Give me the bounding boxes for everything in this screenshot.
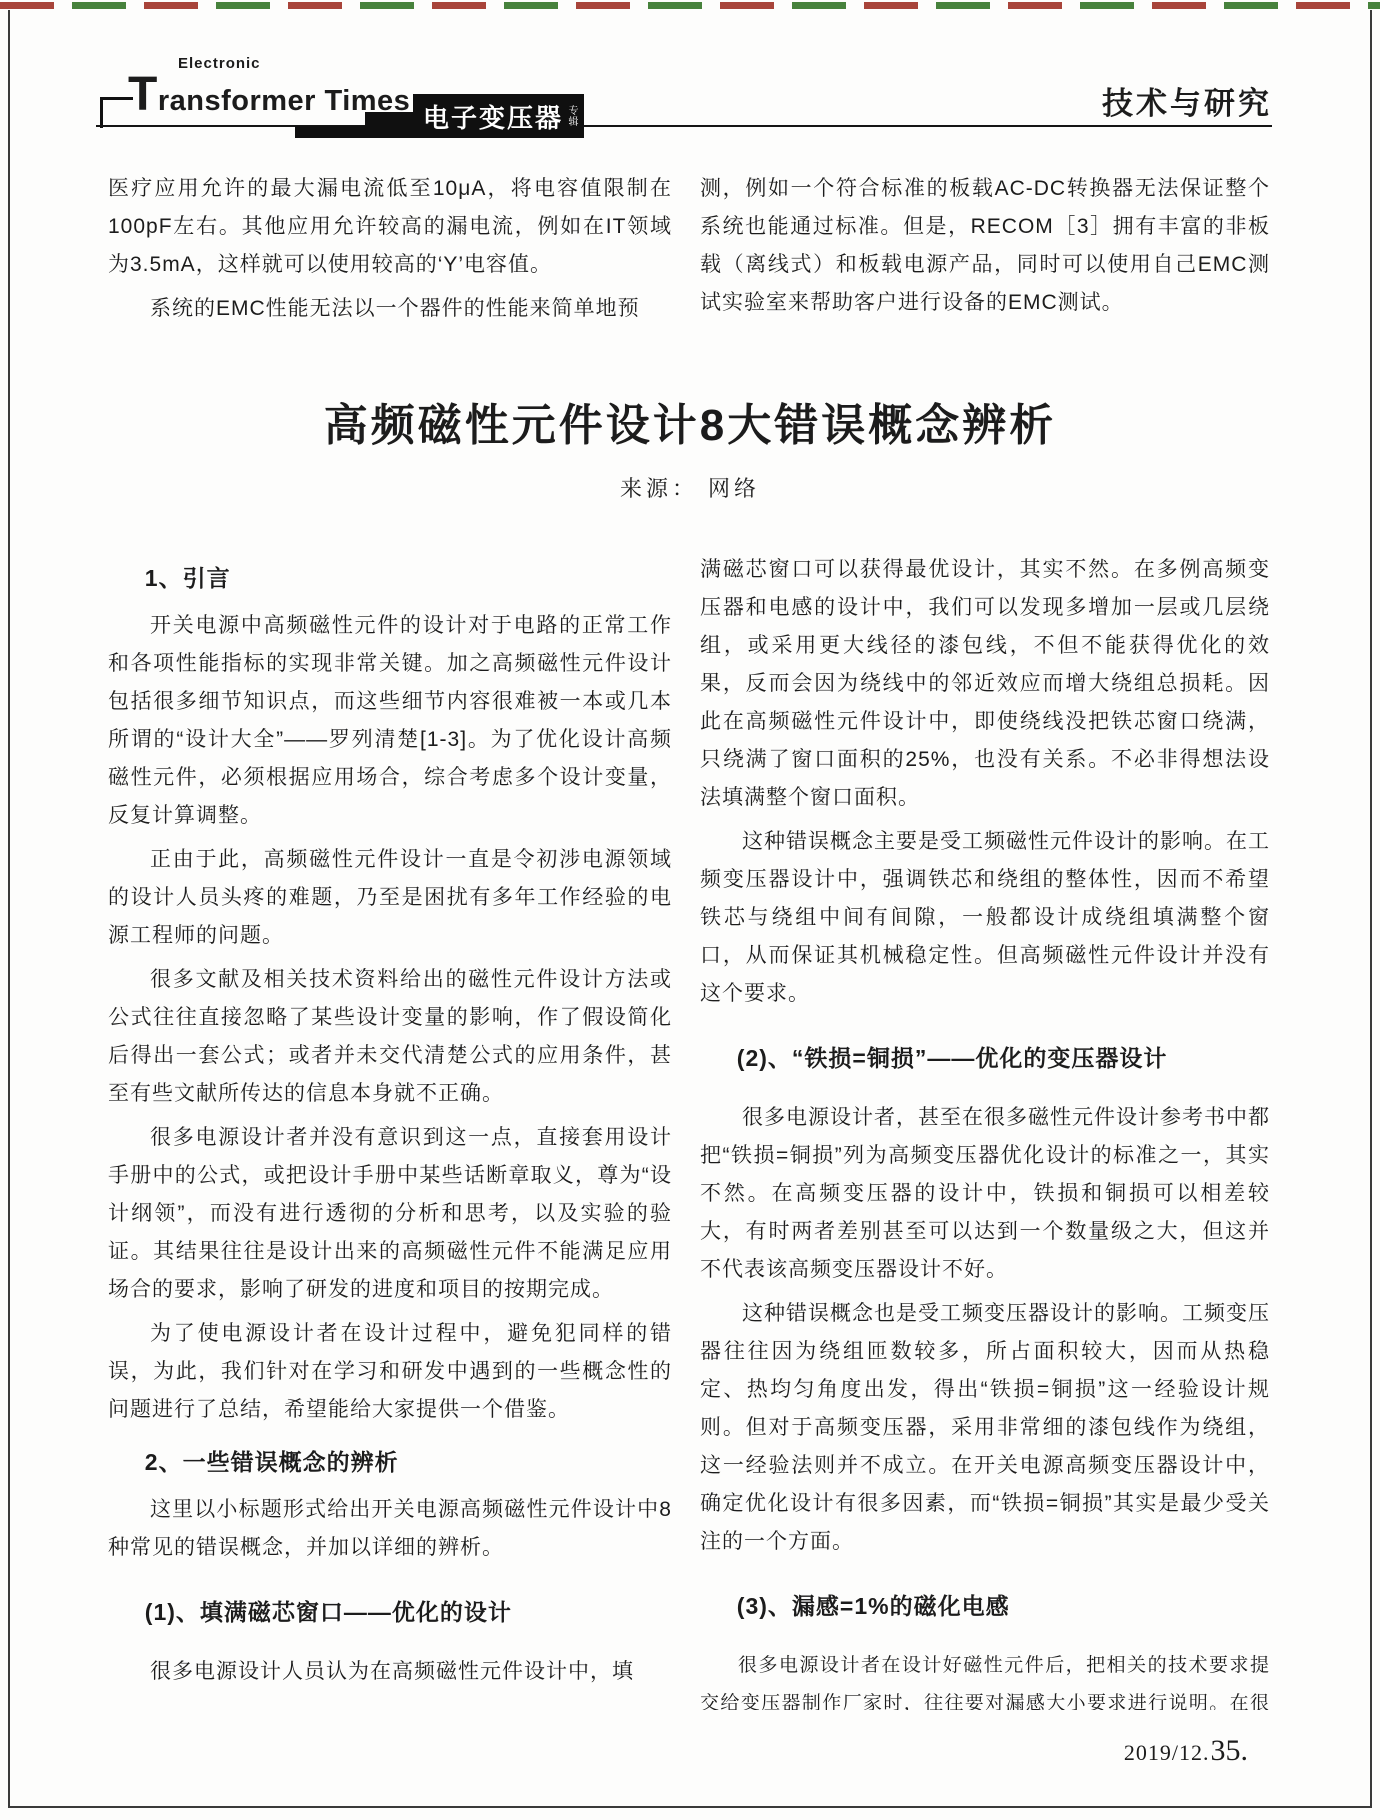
article-heading: (3)、漏感=1%的磁化电感 xyxy=(700,1587,1270,1625)
article-heading: 2、一些错误概念的辨析 xyxy=(108,1443,672,1481)
article-paragraph: 开关电源中高频磁性元件的设计对于电路的正常工作和各项性能指标的实现非常关键。加之… xyxy=(108,607,672,835)
article-paragraph: 很多电源设计者在设计好磁性元件后，把相关的技术要求提交给变压器制作厂家时，往往要… xyxy=(700,1647,1270,1710)
article-paragraph: 很多电源设计者，甚至在很多磁性元件设计参考书中都把“铁损=铜损”列为高频变压器优… xyxy=(700,1099,1270,1289)
article-paragraph: 测，例如一个符合标准的板载AC-DC转换器无法保证整个系统也能通过标准。但是，R… xyxy=(700,170,1270,322)
intro-section: 医疗应用允许的最大漏电流低至10μA，将电容值限制在100pF左右。其他应用允许… xyxy=(108,164,1272,354)
intro-right-column: 测，例如一个符合标准的板载AC-DC转换器无法保证整个系统也能通过标准。但是，R… xyxy=(700,164,1270,354)
header-rule xyxy=(96,125,1272,127)
article-paragraph: 这里以小标题形式给出开关电源高频磁性元件设计中8种常见的错误概念，并加以详细的辨… xyxy=(108,1491,672,1567)
article-heading: 1、引言 xyxy=(108,559,672,597)
issue-date: 2019/12. xyxy=(1124,1740,1210,1765)
article-body: 1、引言开关电源中高频磁性元件的设计对于电路的正常工作和各项性能指标的实现非常关… xyxy=(108,545,1272,1710)
page-number: 35. xyxy=(1211,1734,1249,1767)
article-heading: (2)、“铁损=铜损”——优化的变压器设计 xyxy=(700,1039,1270,1077)
article-paragraph: 很多文献及相关技术资料给出的磁性元件设计方法或公式往往直接忽略了某些设计变量的影… xyxy=(108,961,672,1113)
article-paragraph: 系统的EMC性能无法以一个器件的性能来简单地预 xyxy=(108,290,672,328)
intro-left-column: 医疗应用允许的最大漏电流低至10μA，将电容值限制在100pF左右。其他应用允许… xyxy=(108,164,672,354)
article-paragraph: 为了使电源设计者在设计过程中，避免犯同样的错误，为此，我们针对在学习和研发中遇到… xyxy=(108,1315,672,1429)
article-paragraph: 医疗应用允许的最大漏电流低至10μA，将电容值限制在100pF左右。其他应用允许… xyxy=(108,170,672,284)
article-paragraph: 很多电源设计者并没有意识到这一点，直接套用设计手册中的公式，或把设计手册中某些话… xyxy=(108,1119,672,1309)
article-paragraph: 这种错误概念主要是受工频磁性元件设计的影响。在工频变压器设计中，强调铁芯和绕组的… xyxy=(700,823,1270,1013)
article-title: 高频磁性元件设计8大错误概念辨析 xyxy=(60,396,1320,456)
article-paragraph: 满磁芯窗口可以获得最优设计，其实不然。在多例高频变压器和电感的设计中，我们可以发… xyxy=(700,551,1270,817)
logo-subtitle: 专辑 xyxy=(566,105,576,127)
page-footer: 2019/12.35. xyxy=(1124,1734,1248,1768)
article-paragraph: 很多电源设计人员认为在高频磁性元件设计中，填 xyxy=(108,1653,672,1691)
page-header: Electronic Transformer Times 电子变压器 专辑 技术… xyxy=(0,0,1380,142)
brand-word-electronic: Electronic xyxy=(178,56,462,71)
logo-title: 电子变压器 xyxy=(423,98,563,135)
article-heading: (1)、填满磁芯窗口——优化的设计 xyxy=(108,1593,672,1631)
magazine-logo: 电子变压器 专辑 xyxy=(295,94,584,138)
article-paragraph: 这种错误概念也是受工频变压器设计的影响。工频变压器往往因为绕组匝数较多，所占面积… xyxy=(700,1295,1270,1561)
article-left-column: 1、引言开关电源中高频磁性元件的设计对于电路的正常工作和各项性能指标的实现非常关… xyxy=(108,545,672,1710)
logo-box: 电子变压器 专辑 xyxy=(413,94,584,138)
logo-step-bar xyxy=(365,112,413,138)
magazine-page: Electronic Transformer Times 电子变压器 专辑 技术… xyxy=(0,0,1380,1820)
article-right-column: 满磁芯窗口可以获得最优设计，其实不然。在多例高频变压器和电感的设计中，我们可以发… xyxy=(700,545,1270,1710)
section-label: 技术与研究 xyxy=(1102,78,1272,123)
article-source: 来源： 网络 xyxy=(0,472,1380,503)
article-paragraph: 正由于此，高频磁性元件设计一直是令初涉电源领域的设计人员头疼的难题，乃至是困扰有… xyxy=(108,841,672,955)
logo-step-bar xyxy=(295,126,365,138)
